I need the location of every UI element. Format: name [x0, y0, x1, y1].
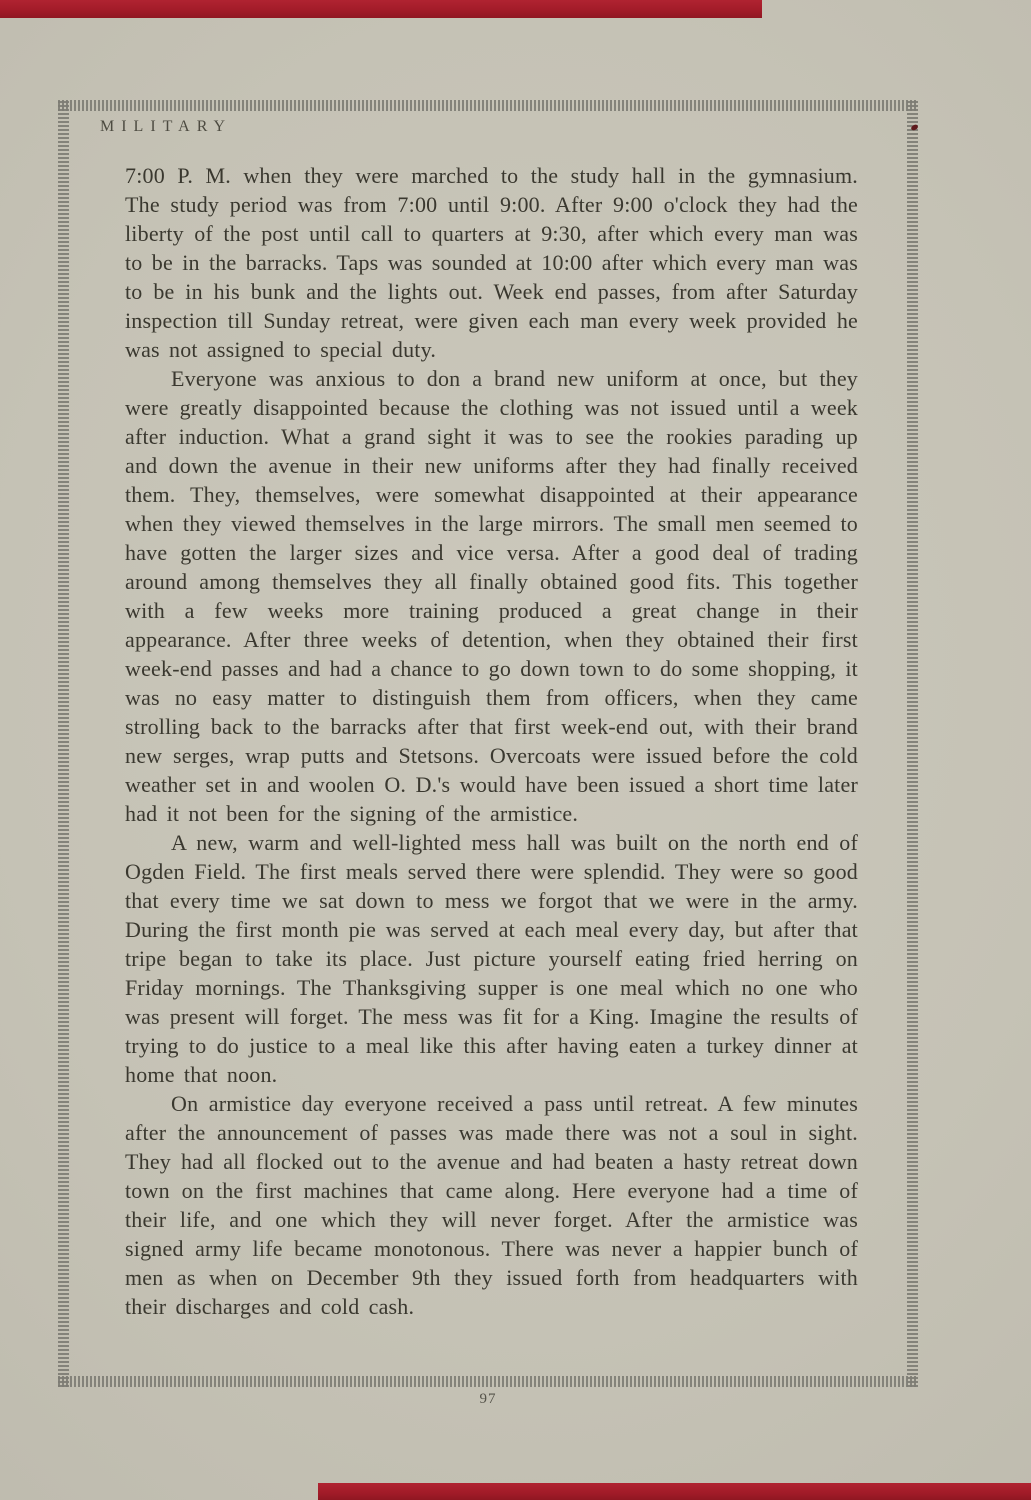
border-band-right — [907, 100, 918, 1387]
book-cover-strip-bottom — [318, 1483, 1031, 1500]
book-cover-strip-top — [0, 0, 762, 18]
border-band-bottom — [58, 1376, 918, 1387]
body-paragraph: A new, warm and well-lighted mess hall w… — [125, 828, 858, 1089]
body-paragraph: On armistice day everyone received a pas… — [125, 1089, 858, 1321]
body-text-block: 7:00 P. M. when they were marched to the… — [125, 161, 858, 1321]
scanned-page: MILITARY 7:00 P. M. when they were march… — [0, 0, 1031, 1500]
body-paragraph: Everyone was anxious to don a brand new … — [125, 364, 858, 828]
section-header: MILITARY — [100, 118, 232, 136]
border-band-top — [58, 100, 918, 111]
border-band-left — [58, 100, 69, 1387]
body-paragraph: 7:00 P. M. when they were marched to the… — [125, 161, 858, 364]
page-number: 97 — [58, 1391, 918, 1408]
